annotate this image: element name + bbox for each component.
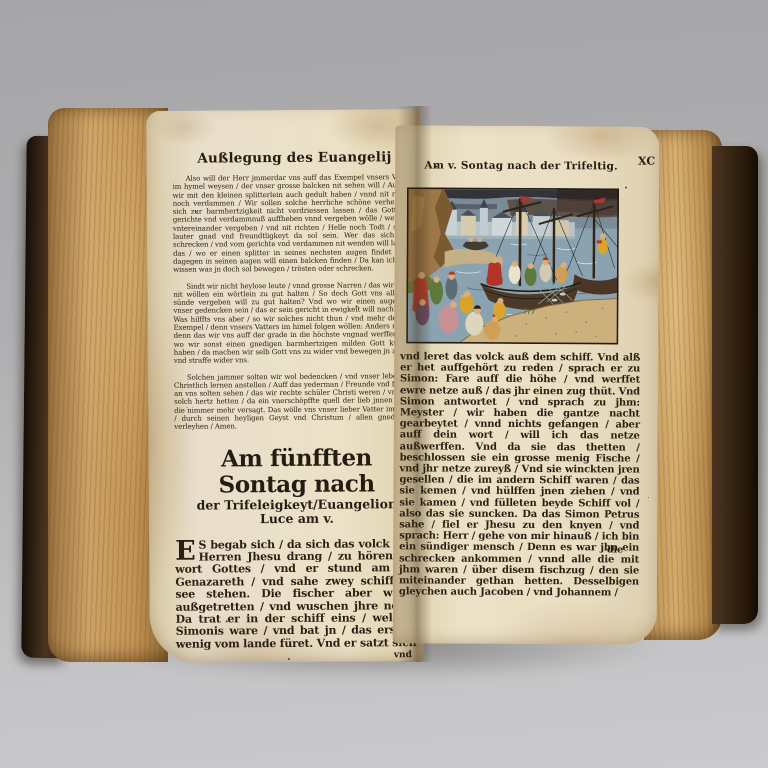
- heading-line-1: Am fünfften Sontag nach: [174, 445, 418, 499]
- left-paragraph-2: Sindt wir nicht heylose leute / vnnd gro…: [173, 281, 418, 366]
- left-text-column: Außlegung des Euangelij Also will der He…: [172, 149, 420, 662]
- book-cover-right: [712, 146, 758, 624]
- right-page: Am v. Sontag nach der Trifeltig. XC: [393, 125, 660, 644]
- gospel-initial-letter: E: [175, 539, 199, 562]
- left-paragraph-1: Also will der Herr jmmerdar vns auff das…: [173, 173, 418, 274]
- gospel-body: S begab sich / da sich das volck zum Her…: [175, 537, 420, 651]
- right-running-head: Am v. Sontag nach der Trifeltig.: [424, 159, 618, 172]
- woodcut-illustration-miraculous-catch: [406, 187, 619, 344]
- left-catchword: vnd: [176, 650, 420, 662]
- right-head-row: Am v. Sontag nach der Trifeltig. XC: [401, 153, 641, 173]
- heading-line-3: Luce am v.: [175, 511, 419, 527]
- woodcut-svg: [406, 187, 619, 344]
- right-gospel-text: vnd leret das volck auß dem schiff. Vnd …: [399, 351, 640, 599]
- left-paragraph-3: Solchen jammer solten wir wol bedencken …: [174, 372, 418, 432]
- sunday-section-heading: Am fünfften Sontag nach der Trifeleigkey…: [174, 445, 419, 527]
- right-catchword: die: [399, 543, 623, 555]
- folio-number: XC: [638, 155, 655, 168]
- left-gospel-text: ES begab sich / da sich das volck zum He…: [175, 538, 420, 651]
- left-running-head: Außlegung des Euangelij: [172, 149, 416, 167]
- left-page: Außlegung des Euangelij Also will der He…: [146, 109, 424, 663]
